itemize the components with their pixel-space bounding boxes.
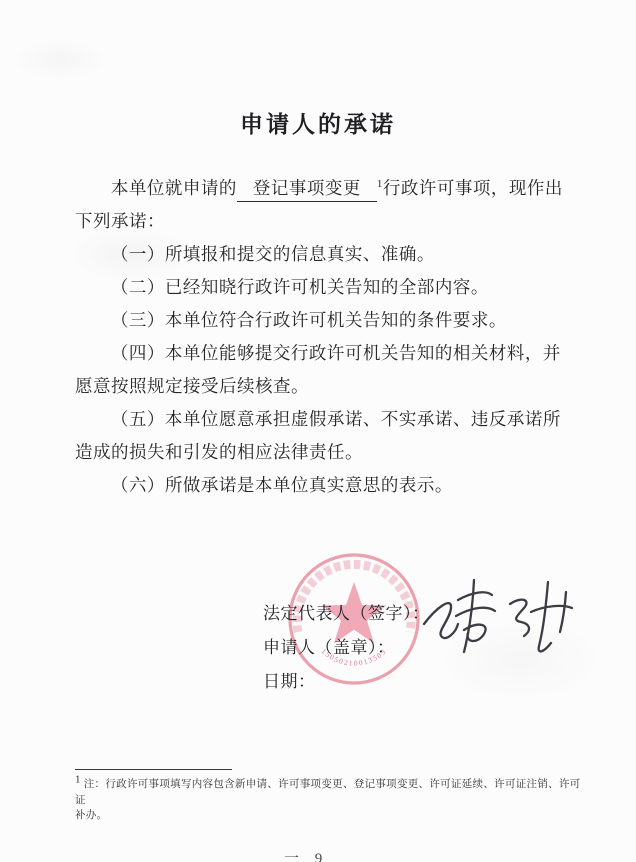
commitment-item-1: （一）所填报和提交的信息真实、准确。 bbox=[75, 238, 571, 271]
commitment-item-4: （四）本单位能够提交行政许可机关告知的相关材料，并愿意按照规定接受后续核查。 bbox=[75, 337, 571, 403]
handwritten-signature bbox=[418, 566, 586, 662]
date-label: 日期： bbox=[263, 665, 430, 699]
commitment-item-3: （三）本单位符合行政许可机关告知的条件要求。 bbox=[75, 304, 571, 337]
intro-paragraph-line2: 下列承诺： bbox=[75, 205, 571, 238]
commitment-item-5: （五）本单位愿意承担虚假承诺、不实承诺、违反承诺所造成的损失和引发的相应法律责任… bbox=[75, 403, 571, 469]
footnote-line1: 1 注：行政许可事项填写内容包含新申请、许可事项变更、登记事项变更、许可证延续、… bbox=[75, 777, 583, 808]
intro-after-blank: 行政许可事项，现作出 bbox=[383, 178, 563, 198]
document-body: 本单位就申请的登记事项变更1行政许可事项，现作出 下列承诺： （一）所填报和提交… bbox=[75, 172, 571, 502]
footnote: 1 注：行政许可事项填写内容包含新申请、许可事项变更、登记事项变更、许可证延续、… bbox=[75, 777, 583, 824]
applicant-seal-label: 申请人（盖章）： bbox=[263, 631, 430, 665]
page-number-partial: 一 9 bbox=[284, 847, 328, 862]
footnote-line2: 补办。 bbox=[75, 808, 583, 824]
permit-type-blank: 登记事项变更 bbox=[237, 175, 377, 202]
legal-representative-signature-label: 法定代表人（签字）： bbox=[263, 597, 430, 631]
footnote-ref-number: 1 bbox=[75, 774, 81, 786]
intro-paragraph-line1: 本单位就申请的登记事项变更1行政许可事项，现作出 bbox=[75, 172, 571, 205]
commitment-item-6: （六）所做承诺是本单位真实意思的表示。 bbox=[75, 469, 571, 502]
signature-block: 法定代表人（签字）： 申请人（盖章）： 日期： bbox=[263, 597, 430, 699]
intro-before-blank: 本单位就申请的 bbox=[111, 178, 237, 198]
commitment-item-2: （二）已经知晓行政许可机关告知的全部内容。 bbox=[75, 271, 571, 304]
scanned-document-page: 申请人的承诺 本单位就申请的登记事项变更1行政许可事项，现作出 下列承诺： （一… bbox=[0, 0, 636, 862]
footnote-divider bbox=[75, 769, 232, 770]
page-title: 申请人的承诺 bbox=[0, 106, 636, 139]
